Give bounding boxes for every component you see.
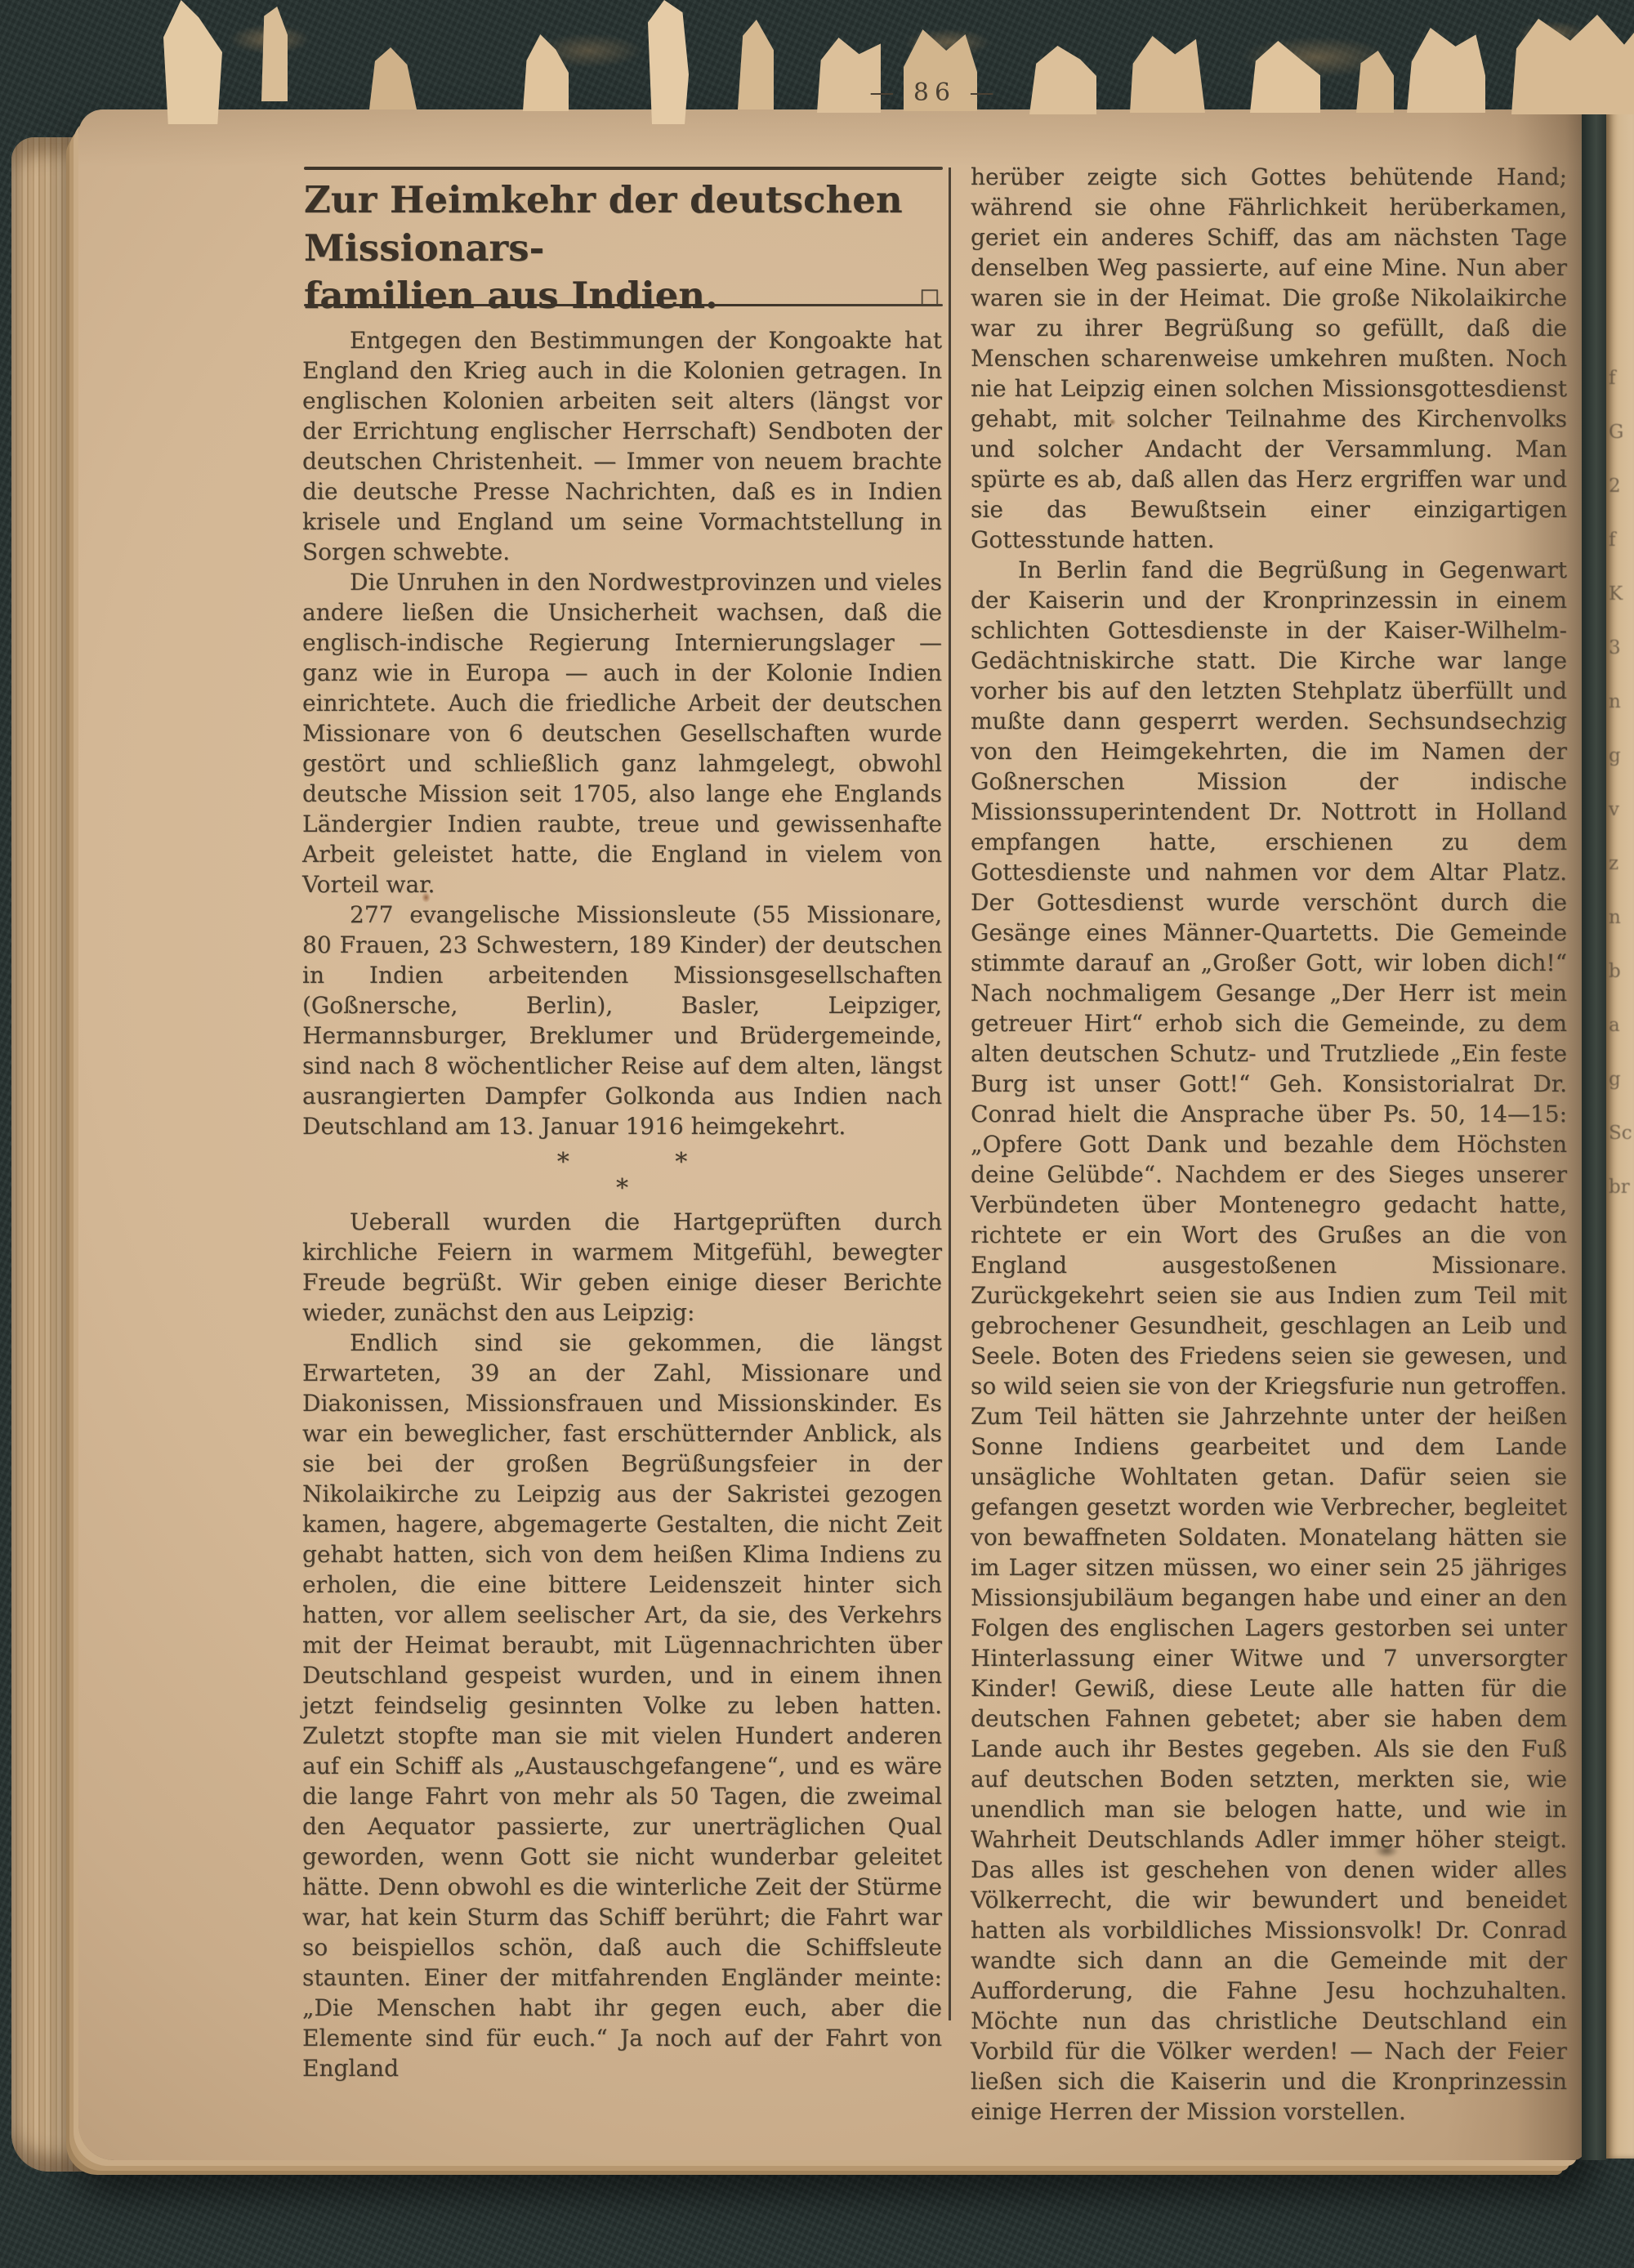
edge-fragment: b — [1609, 961, 1621, 982]
paragraph: Entgegen den Bestimmungen der Kongoakte … — [302, 325, 942, 567]
paragraph: herüber zeigte sich Gottes behütende Han… — [971, 162, 1567, 555]
paragraph: 277 evangelische Missionsleute (55 Missi… — [302, 900, 942, 1141]
next-page-edge-text: f G 2 f K 3 n g v z n b a g Sc br — [1606, 98, 1634, 2159]
stain — [422, 892, 431, 903]
article-title-line1: Zur Heimkehr der deutschen Missionars- — [304, 176, 943, 272]
edge-fragment: 2 — [1609, 475, 1621, 497]
asterism-separator: * * * — [302, 1150, 942, 1202]
paragraph: Endlich sind sie gekommen, die längst Er… — [302, 1328, 942, 2083]
edge-fragment: n — [1609, 691, 1621, 712]
section-square-icon: □ — [919, 283, 940, 311]
edge-fragment: v — [1609, 799, 1619, 820]
article-title-line2: familien aus Indien. — [304, 274, 718, 317]
heading-rule-top — [304, 167, 943, 170]
gutter-shadow — [1582, 105, 1608, 2160]
paragraph: In Berlin fand die Begrüßung in Gegenwar… — [971, 555, 1567, 2127]
next-page-edge: f G 2 f K 3 n g v z n b a g Sc br — [1606, 98, 1634, 2159]
page-top-shadow — [78, 109, 1585, 167]
column-divider-rule — [949, 167, 951, 2020]
ink-smudge — [1374, 1843, 1399, 1858]
left-column: Entgegen den Bestimmungen der Kongoakte … — [302, 325, 942, 2083]
article-title: Zur Heimkehr der deutschen Missionars- f… — [304, 176, 943, 320]
edge-fragment: g — [1609, 745, 1621, 766]
right-column: herüber zeigte sich Gottes behütende Han… — [971, 162, 1567, 2127]
edge-fragment: br — [1609, 1176, 1630, 1198]
page-number: — 86 — — [302, 78, 1567, 107]
paragraph: Ueberall wurden die Hartgeprüften durch … — [302, 1207, 942, 1328]
edge-fragment: G — [1609, 422, 1623, 443]
paragraph: Die Unruhen in den Nordwestprovinzen und… — [302, 567, 942, 900]
stain — [1109, 418, 1116, 426]
edge-fragment: f — [1609, 529, 1616, 551]
edge-fragment: z — [1609, 853, 1618, 874]
edge-fragment: 3 — [1609, 637, 1621, 659]
asterism-bottom: * — [302, 1176, 942, 1202]
edge-fragment: n — [1609, 907, 1621, 928]
edge-fragment: K — [1609, 583, 1623, 605]
asterism-top: * * — [302, 1150, 942, 1176]
edge-fragment: Sc — [1609, 1123, 1632, 1144]
edge-fragment: a — [1609, 1015, 1620, 1036]
edge-fragment: f — [1609, 368, 1616, 389]
heading-rule-bottom — [304, 304, 943, 306]
edge-fragment: g — [1609, 1069, 1621, 1090]
